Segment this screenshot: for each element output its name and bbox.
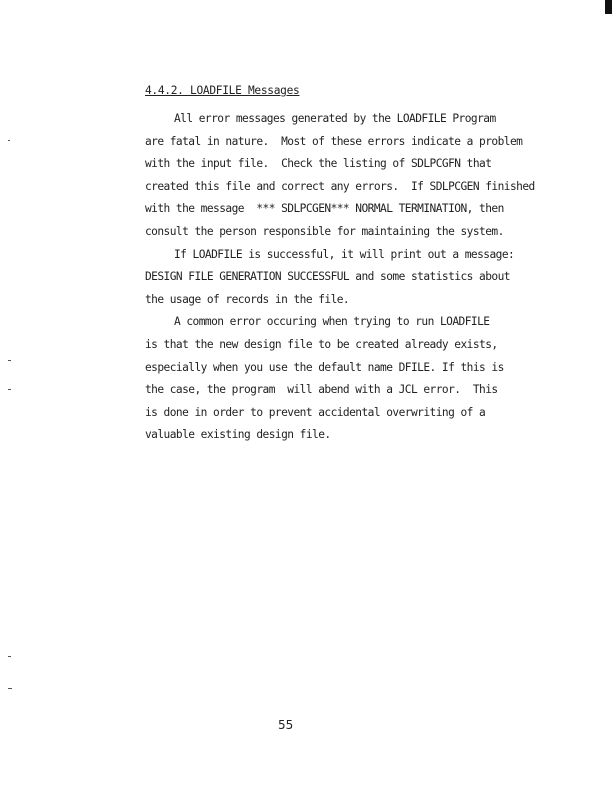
text-line: with the input file. Check the listing o… bbox=[145, 157, 491, 170]
text-line: valuable existing design file. bbox=[145, 428, 331, 441]
margin-mark bbox=[8, 389, 11, 390]
text-line: A common error occuring when trying to r… bbox=[174, 315, 489, 328]
text-line: especially when you use the default name… bbox=[145, 361, 504, 374]
text-line: If LOADFILE is successful, it will print… bbox=[174, 248, 514, 261]
margin-mark bbox=[8, 140, 10, 141]
text-line: the case, the program will abend with a … bbox=[145, 383, 498, 396]
text-line: with the message *** SDLPCGEN*** NORMAL … bbox=[145, 202, 504, 215]
text-line: is done in order to prevent accidental o… bbox=[145, 406, 485, 419]
margin-mark bbox=[8, 360, 11, 361]
document-page: 4.4.2. LOADFILE Messages All error messa… bbox=[0, 0, 612, 791]
margin-mark bbox=[8, 688, 12, 689]
text-line: are fatal in nature. Most of these error… bbox=[145, 135, 522, 148]
text-line: the usage of records in the file. bbox=[145, 293, 349, 306]
text-line: created this file and correct any errors… bbox=[145, 180, 535, 193]
text-line: consult the person responsible for maint… bbox=[145, 225, 504, 238]
text-line: is that the new design file to be create… bbox=[145, 338, 498, 351]
section-heading: 4.4.2. LOADFILE Messages bbox=[145, 84, 299, 97]
text-line: DESIGN FILE GENERATION SUCCESSFUL and so… bbox=[145, 270, 510, 283]
page-number: 55 bbox=[278, 718, 293, 732]
scan-corner-mark bbox=[605, 0, 612, 14]
margin-mark bbox=[8, 656, 11, 657]
text-line: All error messages generated by the LOAD… bbox=[174, 112, 496, 125]
